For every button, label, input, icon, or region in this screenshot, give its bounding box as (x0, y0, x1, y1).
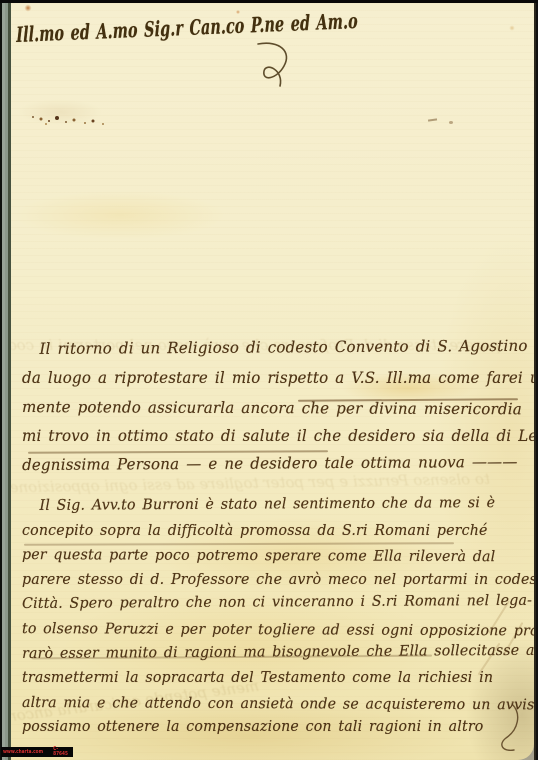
scan-edge-top (0, 0, 538, 3)
manuscript-line: degnissima Persona — e ne desidero tale … (22, 453, 509, 485)
scanned-letter-page: { "letter": { "language": "Italian", "sa… (0, 0, 538, 760)
manuscript-line: da luogo a riprotestare il mio rispetto … (22, 369, 509, 398)
manuscript-line: trasmettermi la sopracarta del Testament… (22, 669, 509, 694)
manuscript-line: Il ritorno di un Religioso di codesto Co… (22, 337, 509, 369)
manuscript-line: Città. Spero peraltro che non ci vincera… (22, 592, 509, 620)
scan-edge-right (534, 0, 538, 760)
scan-edge-left (0, 0, 11, 760)
manuscript-line: altra mia e che attendo con ansietà onde… (22, 694, 509, 721)
manuscript-line: per questa parte poco potremo sperare co… (22, 546, 509, 573)
ink-mark (449, 121, 453, 124)
manuscript-line: possiamo ottenere la compensazione con t… (22, 718, 509, 743)
manuscript-line: Il Sig. Avv.to Burroni è stato nel senti… (22, 494, 509, 522)
paragraph-2: Il Sig. Avv.to Burroni è stato nel senti… (22, 497, 524, 743)
watermark-code: C-87645 (53, 747, 71, 757)
paragraph-1: Il ritorno di un Religioso di codesto Co… (22, 340, 524, 485)
watermark-bar: www.charta.com C-87645 (1, 747, 73, 757)
ink-speckles (32, 116, 34, 118)
manuscript-line: mente potendo assicurarla ancora che per… (22, 398, 509, 429)
watermark-url: www.charta.com (3, 750, 43, 755)
